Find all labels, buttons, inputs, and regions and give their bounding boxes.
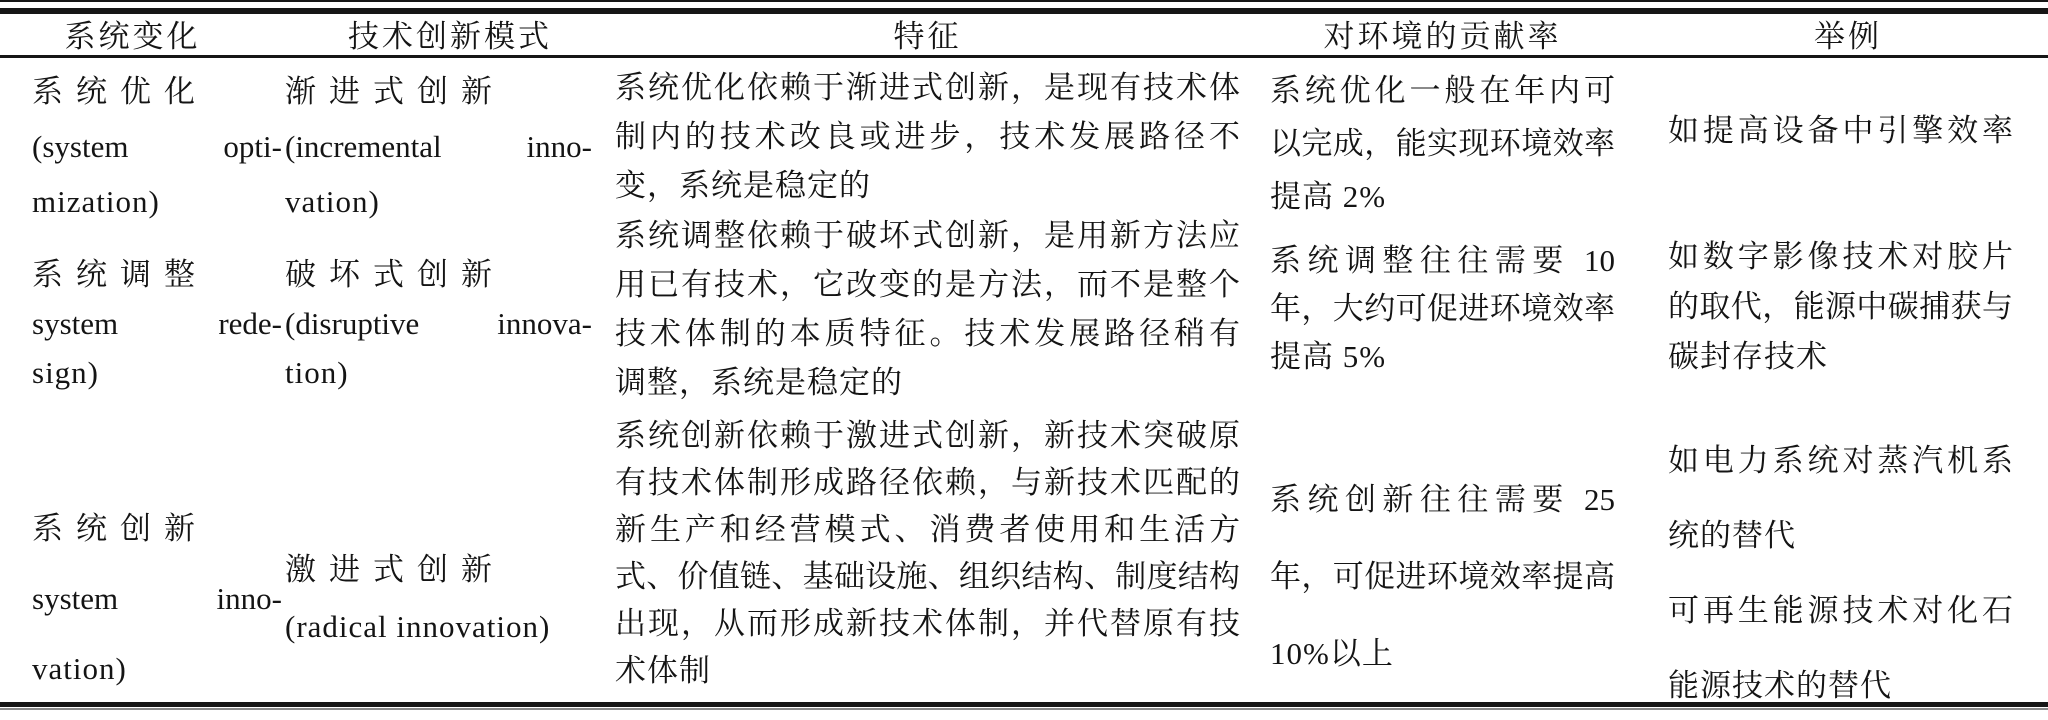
text-line: vation) [285, 174, 592, 229]
text-line: 如数字影像技术对胶片 [1668, 232, 2013, 282]
text-line: 能源技术的替代 [1668, 648, 2013, 720]
row3-mode-cell: 激进式创新(radical innovation) [285, 541, 592, 655]
text-line: 新生产和经营模式、消费者使用和生活方 [615, 506, 1240, 553]
text-line: 用已有技术，它改变的是方法，而不是整个 [615, 260, 1240, 309]
row2-features-cell: 系统调整依赖于破坏式创新，是用新方法应用已有技术，它改变的是方法，而不是整个技术… [615, 211, 1240, 407]
text-line: 统的替代 [1668, 498, 2013, 573]
text-line: (disruptive innova- [285, 299, 592, 348]
row1-mode-cell: 渐进式创新(incremental inno-vation) [285, 64, 592, 229]
paper-table: 系统变化 技术创新模式 特征 对环境的贡献率 举例 系统优化(system op… [0, 0, 2048, 720]
text-line: (radical innovation) [285, 598, 592, 655]
row2-change-cell: 系统调整system rede-sign) [32, 250, 282, 397]
text-line: 系统优化一般在年内可 [1270, 64, 1615, 117]
col-header-env-contribution: 对环境的贡献率 [1265, 12, 1620, 55]
text-line: 提高 2% [1270, 170, 1615, 223]
text-line: 系统创新 [32, 494, 282, 564]
text-line: 碳封存技术 [1668, 332, 2013, 382]
text-line: system inno- [32, 564, 282, 634]
row3-change-cell: 系统创新system inno-vation) [32, 494, 282, 704]
text-line: 系统调整往往需要 10 [1270, 237, 1615, 285]
text-line: 的取代，能源中碳捕获与 [1668, 282, 2013, 332]
row3-features-cell: 系统创新依赖于激进式创新，新技术突破原有技术体制形成路径依赖，与新技术匹配的新生… [615, 412, 1240, 694]
text-line: 激进式创新 [285, 541, 592, 598]
row1-features-cell: 系统优化依赖于渐进式创新，是现有技术体制内的技术改良或进步，技术发展路径不变，系… [615, 63, 1240, 210]
text-line: 有技术体制形成路径依赖，与新技术匹配的 [615, 459, 1240, 506]
text-line: 如提高设备中引擎效率 [1668, 108, 2013, 153]
col-header-innovation-mode: 技术创新模式 [285, 12, 615, 55]
text-line: system rede- [32, 299, 282, 348]
row2-contribution-cell: 系统调整往往需要 10年，大约可促进环境效率提高 5% [1270, 237, 1615, 381]
row1-change-cell: 系统优化(system opti-mization) [32, 64, 282, 229]
text-line: vation) [32, 634, 282, 704]
row2-mode-cell: 破坏式创新(disruptive innova-tion) [285, 250, 592, 397]
col-header-system-change: 系统变化 [20, 12, 245, 55]
col-header-examples: 举例 [1668, 12, 2028, 55]
col-header-features: 特征 [615, 12, 1240, 55]
text-line: 制内的技术改良或进步，技术发展路径不 [615, 112, 1240, 161]
text-line: 变，系统是稳定的 [615, 161, 1240, 210]
table-top-thin-rule [0, 0, 2048, 2]
text-line: 系统优化依赖于渐进式创新，是现有技术体 [615, 63, 1240, 112]
row3-contribution-cell: 系统创新往往需要 25年，可促进环境效率提高10%以上 [1270, 461, 1615, 692]
text-line: 以完成，能实现环境效率 [1270, 117, 1615, 170]
text-line: 渐进式创新 [285, 64, 592, 119]
row3-examples-cell: 如电力系统对蒸汽机系统的替代可再生能源技术对化石能源技术的替代 [1668, 423, 2013, 720]
text-line: 系统调整依赖于破坏式创新，是用新方法应 [615, 211, 1240, 260]
text-line: 破坏式创新 [285, 250, 592, 299]
text-line: 技术体制的本质特征。技术发展路径稍有 [615, 309, 1240, 358]
text-line: 系统优化 [32, 64, 282, 119]
text-line: 如电力系统对蒸汽机系 [1668, 423, 2013, 498]
text-line: 年，可促进环境效率提高 [1270, 538, 1615, 615]
text-line: 10%以上 [1270, 615, 1615, 692]
text-line: 年，大约可促进环境效率 [1270, 285, 1615, 333]
text-line: 提高 5% [1270, 333, 1615, 381]
row1-contribution-cell: 系统优化一般在年内可以完成，能实现环境效率提高 2% [1270, 64, 1615, 223]
text-line: 出现，从而形成新技术体制，并代替原有技 [615, 600, 1240, 647]
text-line: (system opti- [32, 119, 282, 174]
text-line: 调整，系统是稳定的 [615, 358, 1240, 407]
text-line: (incremental inno- [285, 119, 592, 174]
text-line: 系统调整 [32, 250, 282, 299]
table-header-separator-rule [0, 55, 2048, 58]
text-line: 系统创新往往需要 25 [1270, 461, 1615, 538]
text-line: mization) [32, 174, 282, 229]
text-line: 系统创新依赖于激进式创新，新技术突破原 [615, 412, 1240, 459]
text-line: 式、价值链、基础设施、组织结构、制度结构 [615, 553, 1240, 600]
row2-examples-cell: 如数字影像技术对胶片的取代，能源中碳捕获与碳封存技术 [1668, 232, 2013, 382]
text-line: 术体制 [615, 647, 1240, 694]
text-line: 可再生能源技术对化石 [1668, 573, 2013, 648]
text-line: tion) [285, 348, 592, 397]
row1-examples-cell: 如提高设备中引擎效率 [1668, 108, 2013, 153]
text-line: sign) [32, 348, 282, 397]
